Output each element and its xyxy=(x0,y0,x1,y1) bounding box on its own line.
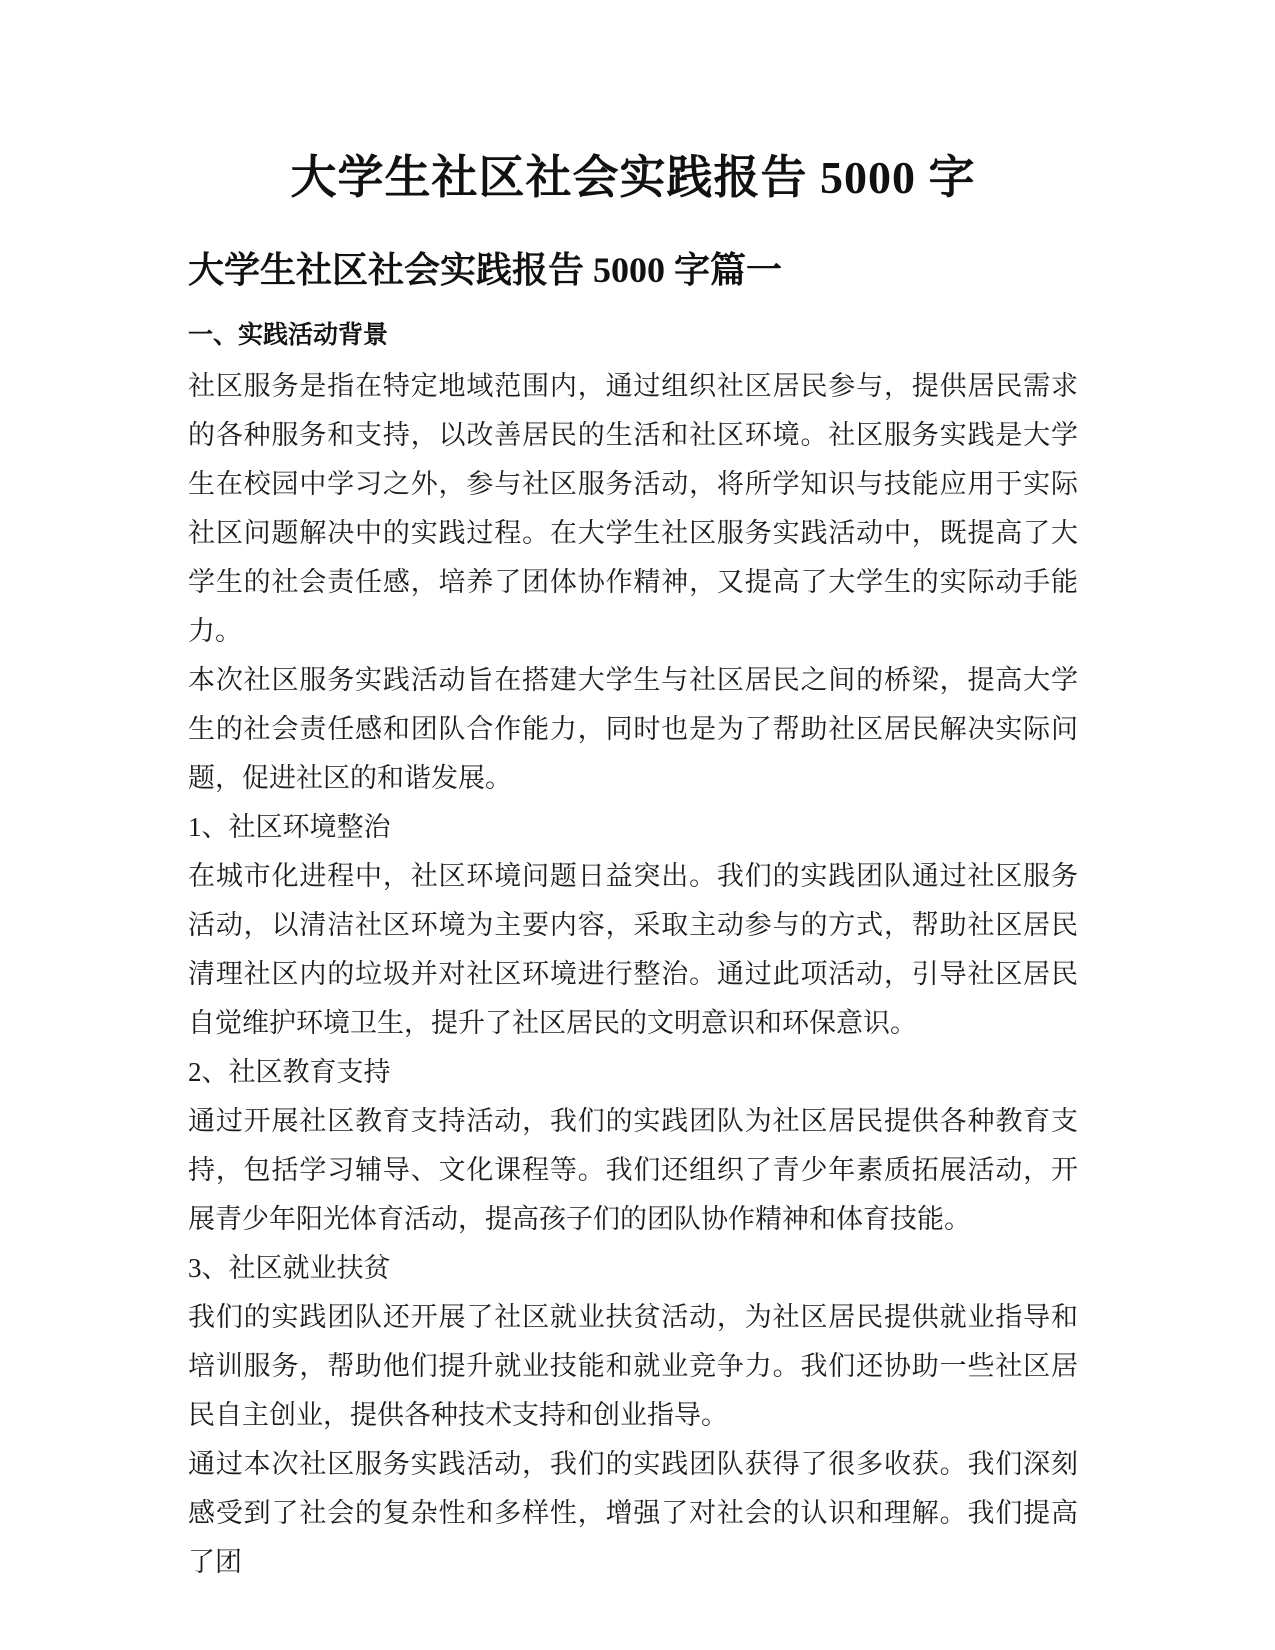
list-item-heading-environment: 1、社区环境整治 xyxy=(188,803,1078,852)
page-title: 大学生社区社会实践报告 5000 字 xyxy=(188,152,1078,205)
document-body: 社区服务是指在特定地域范围内，通过组织社区居民参与，提供居民需求的各种服务和支持… xyxy=(188,362,1078,1587)
paragraph-environment-detail: 在城市化进程中，社区环境问题日益突出。我们的实践团队通过社区服务活动，以清洁社区… xyxy=(188,852,1078,1048)
list-item-heading-education: 2、社区教育支持 xyxy=(188,1048,1078,1097)
paragraph-activity-purpose: 本次社区服务实践活动旨在搭建大学生与社区居民之间的桥梁，提高大学生的社会责任感和… xyxy=(188,656,1078,803)
document-page: 大学生社区社会实践报告 5000 字 大学生社区社会实践报告 5000 字篇一 … xyxy=(0,0,1275,1650)
paragraph-employment-detail: 我们的实践团队还开展了社区就业扶贫活动，为社区居民提供就业指导和培训服务，帮助他… xyxy=(188,1293,1078,1440)
document-subtitle: 大学生社区社会实践报告 5000 字篇一 xyxy=(188,249,1078,292)
list-item-heading-employment: 3、社区就业扶贫 xyxy=(188,1244,1078,1293)
paragraph-background-intro: 社区服务是指在特定地域范围内，通过组织社区居民参与，提供居民需求的各种服务和支持… xyxy=(188,362,1078,656)
paragraph-education-detail: 通过开展社区教育支持活动，我们的实践团队为社区居民提供各种教育支持，包括学习辅导… xyxy=(188,1097,1078,1244)
paragraph-harvest-truncated: 通过本次社区服务实践活动，我们的实践团队获得了很多收获。我们深刻感受到了社会的复… xyxy=(188,1440,1078,1587)
section-heading-practice-background: 一、实践活动背景 xyxy=(188,320,1078,350)
